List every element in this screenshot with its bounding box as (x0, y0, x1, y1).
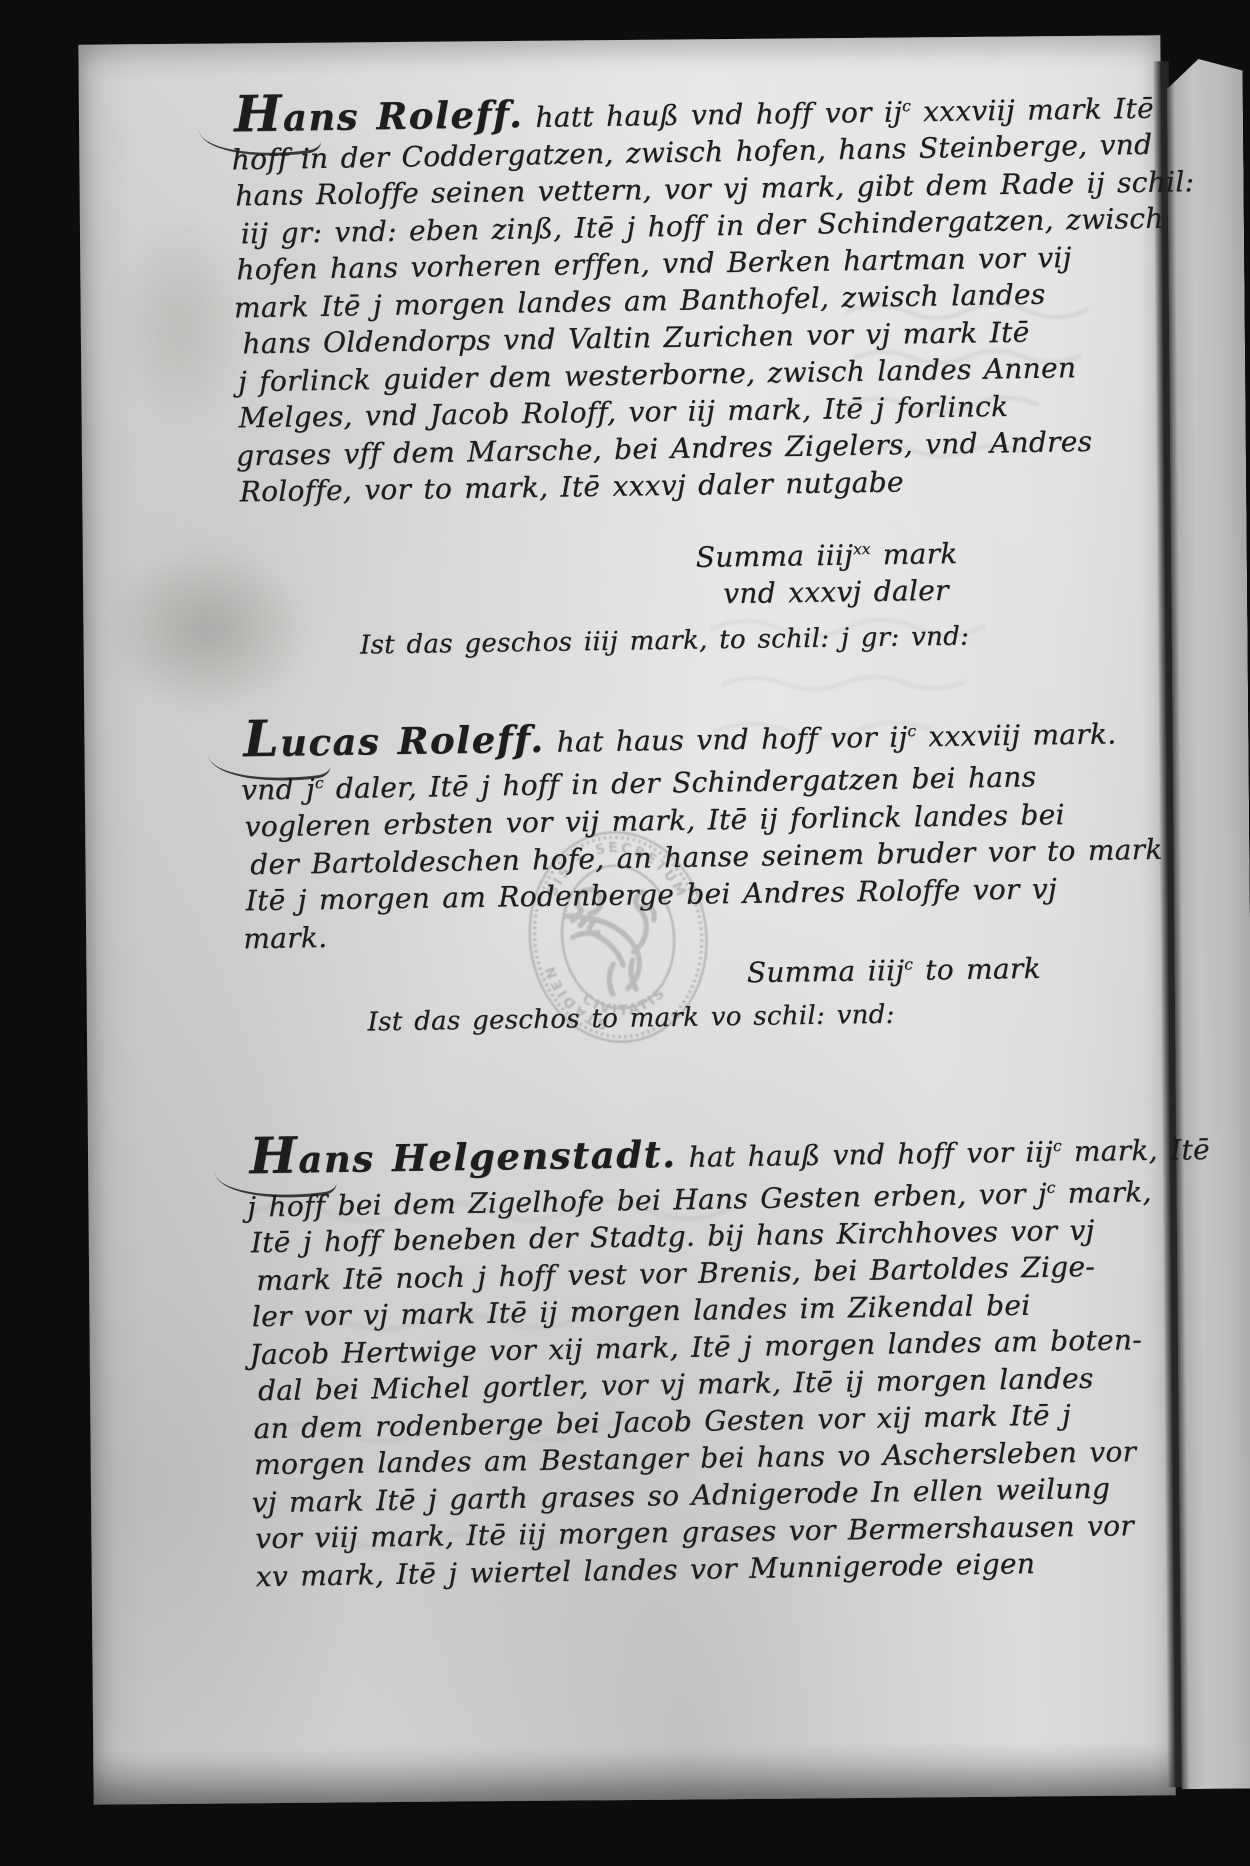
summa-line: Summa iiijxx mark (695, 526, 1201, 576)
summa-line: vnd xxxvj daler (723, 568, 1201, 612)
entry-heading: Hans Helgenstadt. (249, 1131, 677, 1179)
geschos-assessment-line: Ist das geschos to mark vo schil: vnd: (367, 992, 1207, 1041)
entry-body-lines: vnd jc daler, Itē j hoff in der Schinder… (244, 751, 1207, 956)
book-spread: SIS + SECRETUM STADIEN CIVITATIS (0, 31, 1250, 1810)
summa-line: Summa iiijc to mark (747, 942, 1208, 991)
geschos-assessment-line: Ist das geschos iiij mark, to schil: j g… (360, 615, 1202, 664)
entry-lucas-roleff: Lucas Roleff.hat haus vnd hoff vor ijc x… (243, 706, 1206, 956)
entry-heading: Hans Roleff. (234, 91, 524, 137)
summa-total: Summa iiijc to mark (747, 942, 1208, 991)
entry-hans-roleff: Hans Roleff.hatt hauß vnd hoff vor ijc x… (234, 81, 1200, 510)
entry-hans-helgenstadt: Hans Helgenstadt.hat hauß vnd hoff vor i… (249, 1123, 1216, 1595)
photo-frame: SIS + SECRETUM STADIEN CIVITATIS (0, 0, 1250, 1866)
manuscript-page: SIS + SECRETUM STADIEN CIVITATIS (78, 35, 1175, 1804)
entry-body-lines: hoff in der Coddergatzen, zwisch hofen, … (234, 126, 1199, 510)
summa-total: Summa iiijxx mark vnd xxxvj daler (695, 526, 1201, 613)
manuscript-text-block: Hans Roleff.hatt hauß vnd hoff vor ijc x… (234, 81, 1216, 1594)
entry-heading: Lucas Roleff. (243, 716, 545, 762)
entry-body-lines: j hoff bei dem Zigelhofe bei Hans Gesten… (250, 1168, 1216, 1595)
ink-stain (110, 213, 252, 434)
